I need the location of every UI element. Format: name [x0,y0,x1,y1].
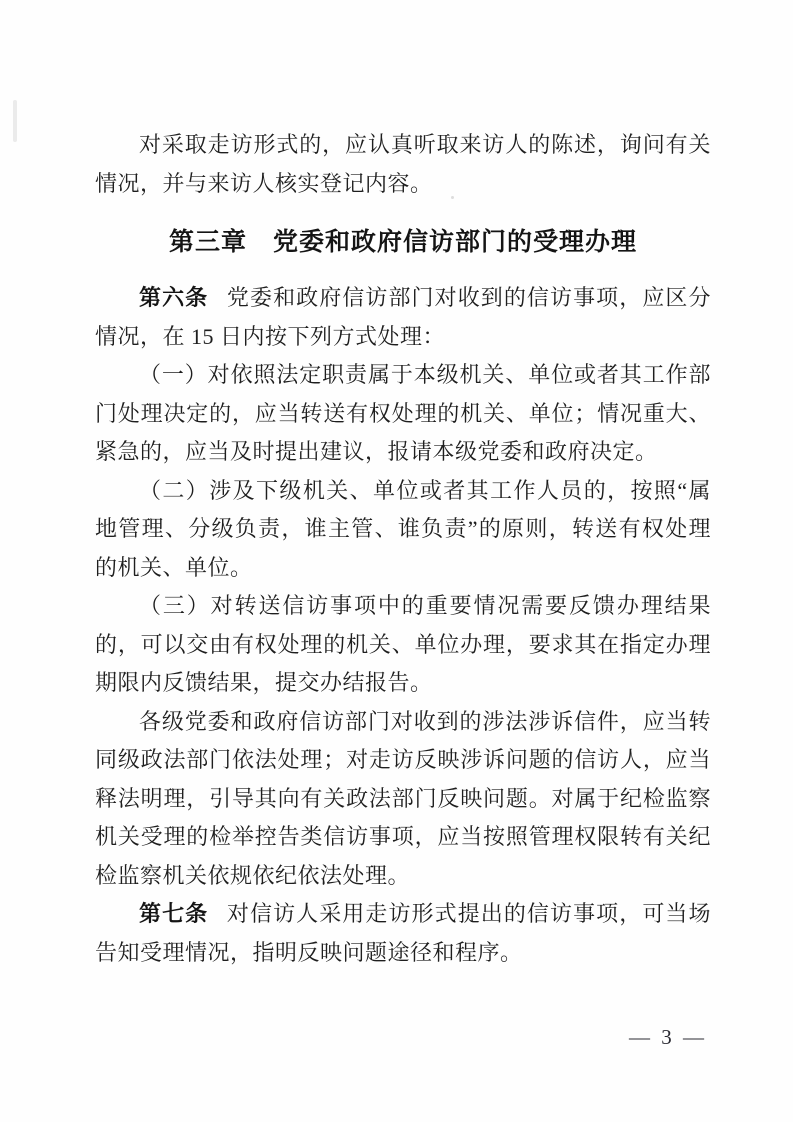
paragraph-text: （一）对依照法定职责属于本级机关、单位或者其工作部门处理决定的，应当转送有权处理… [95,362,711,464]
article-number-lead: 第六条 [139,285,208,310]
chapter-heading: 第三章 党委和政府信访部门的受理办理 [95,222,711,258]
paragraph-text: （三）对转送信访事项中的重要情况需要反馈办理结果的，可以交由有权处理的机关、单位… [95,593,711,695]
paragraph: 各级党委和政府信访部门对收到的涉法涉诉信件，应当转同级政法部门依法处理；对走访反… [95,703,711,896]
paragraph: （一）对依照法定职责属于本级机关、单位或者其工作部门处理决定的，应当转送有权处理… [95,356,711,472]
scanned-document-page: 对采取走访形式的，应认真听取来访人的陈述，询问有关情况，并与来访人核实登记内容。… [0,0,793,1122]
paragraph-text: 对采取走访形式的，应认真听取来访人的陈述，询问有关情况，并与来访人核实登记内容。 [95,132,711,196]
paragraph: 第六条党委和政府信访部门对收到的信访事项，应区分情况，在 15 日内按下列方式处… [95,279,711,356]
paragraph: 对采取走访形式的，应认真听取来访人的陈述，询问有关情况，并与来访人核实登记内容。 [95,126,711,203]
article-number-lead: 第七条 [139,901,208,926]
paragraph-text: （二）涉及下级机关、单位或者其工作人员的，按照“属地管理、分级负责，谁主管、谁负… [95,478,711,580]
paragraph: 第七条对信访人采用走访形式提出的信访事项，可当场告知受理情况，指明反映问题途径和… [95,895,711,972]
paragraph-text: 各级党委和政府信访部门对收到的涉法涉诉信件，应当转同级政法部门依法处理；对走访反… [95,709,711,888]
page-content: 对采取走访形式的，应认真听取来访人的陈述，询问有关情况，并与来访人核实登记内容。… [95,126,711,972]
paragraph: （三）对转送信访事项中的重要情况需要反馈办理结果的，可以交由有权处理的机关、单位… [95,587,711,703]
paragraph: （二）涉及下级机关、单位或者其工作人员的，按照“属地管理、分级负责，谁主管、谁负… [95,472,711,588]
scan-artifact [13,100,17,142]
page-number: — 3 — [629,1025,707,1050]
